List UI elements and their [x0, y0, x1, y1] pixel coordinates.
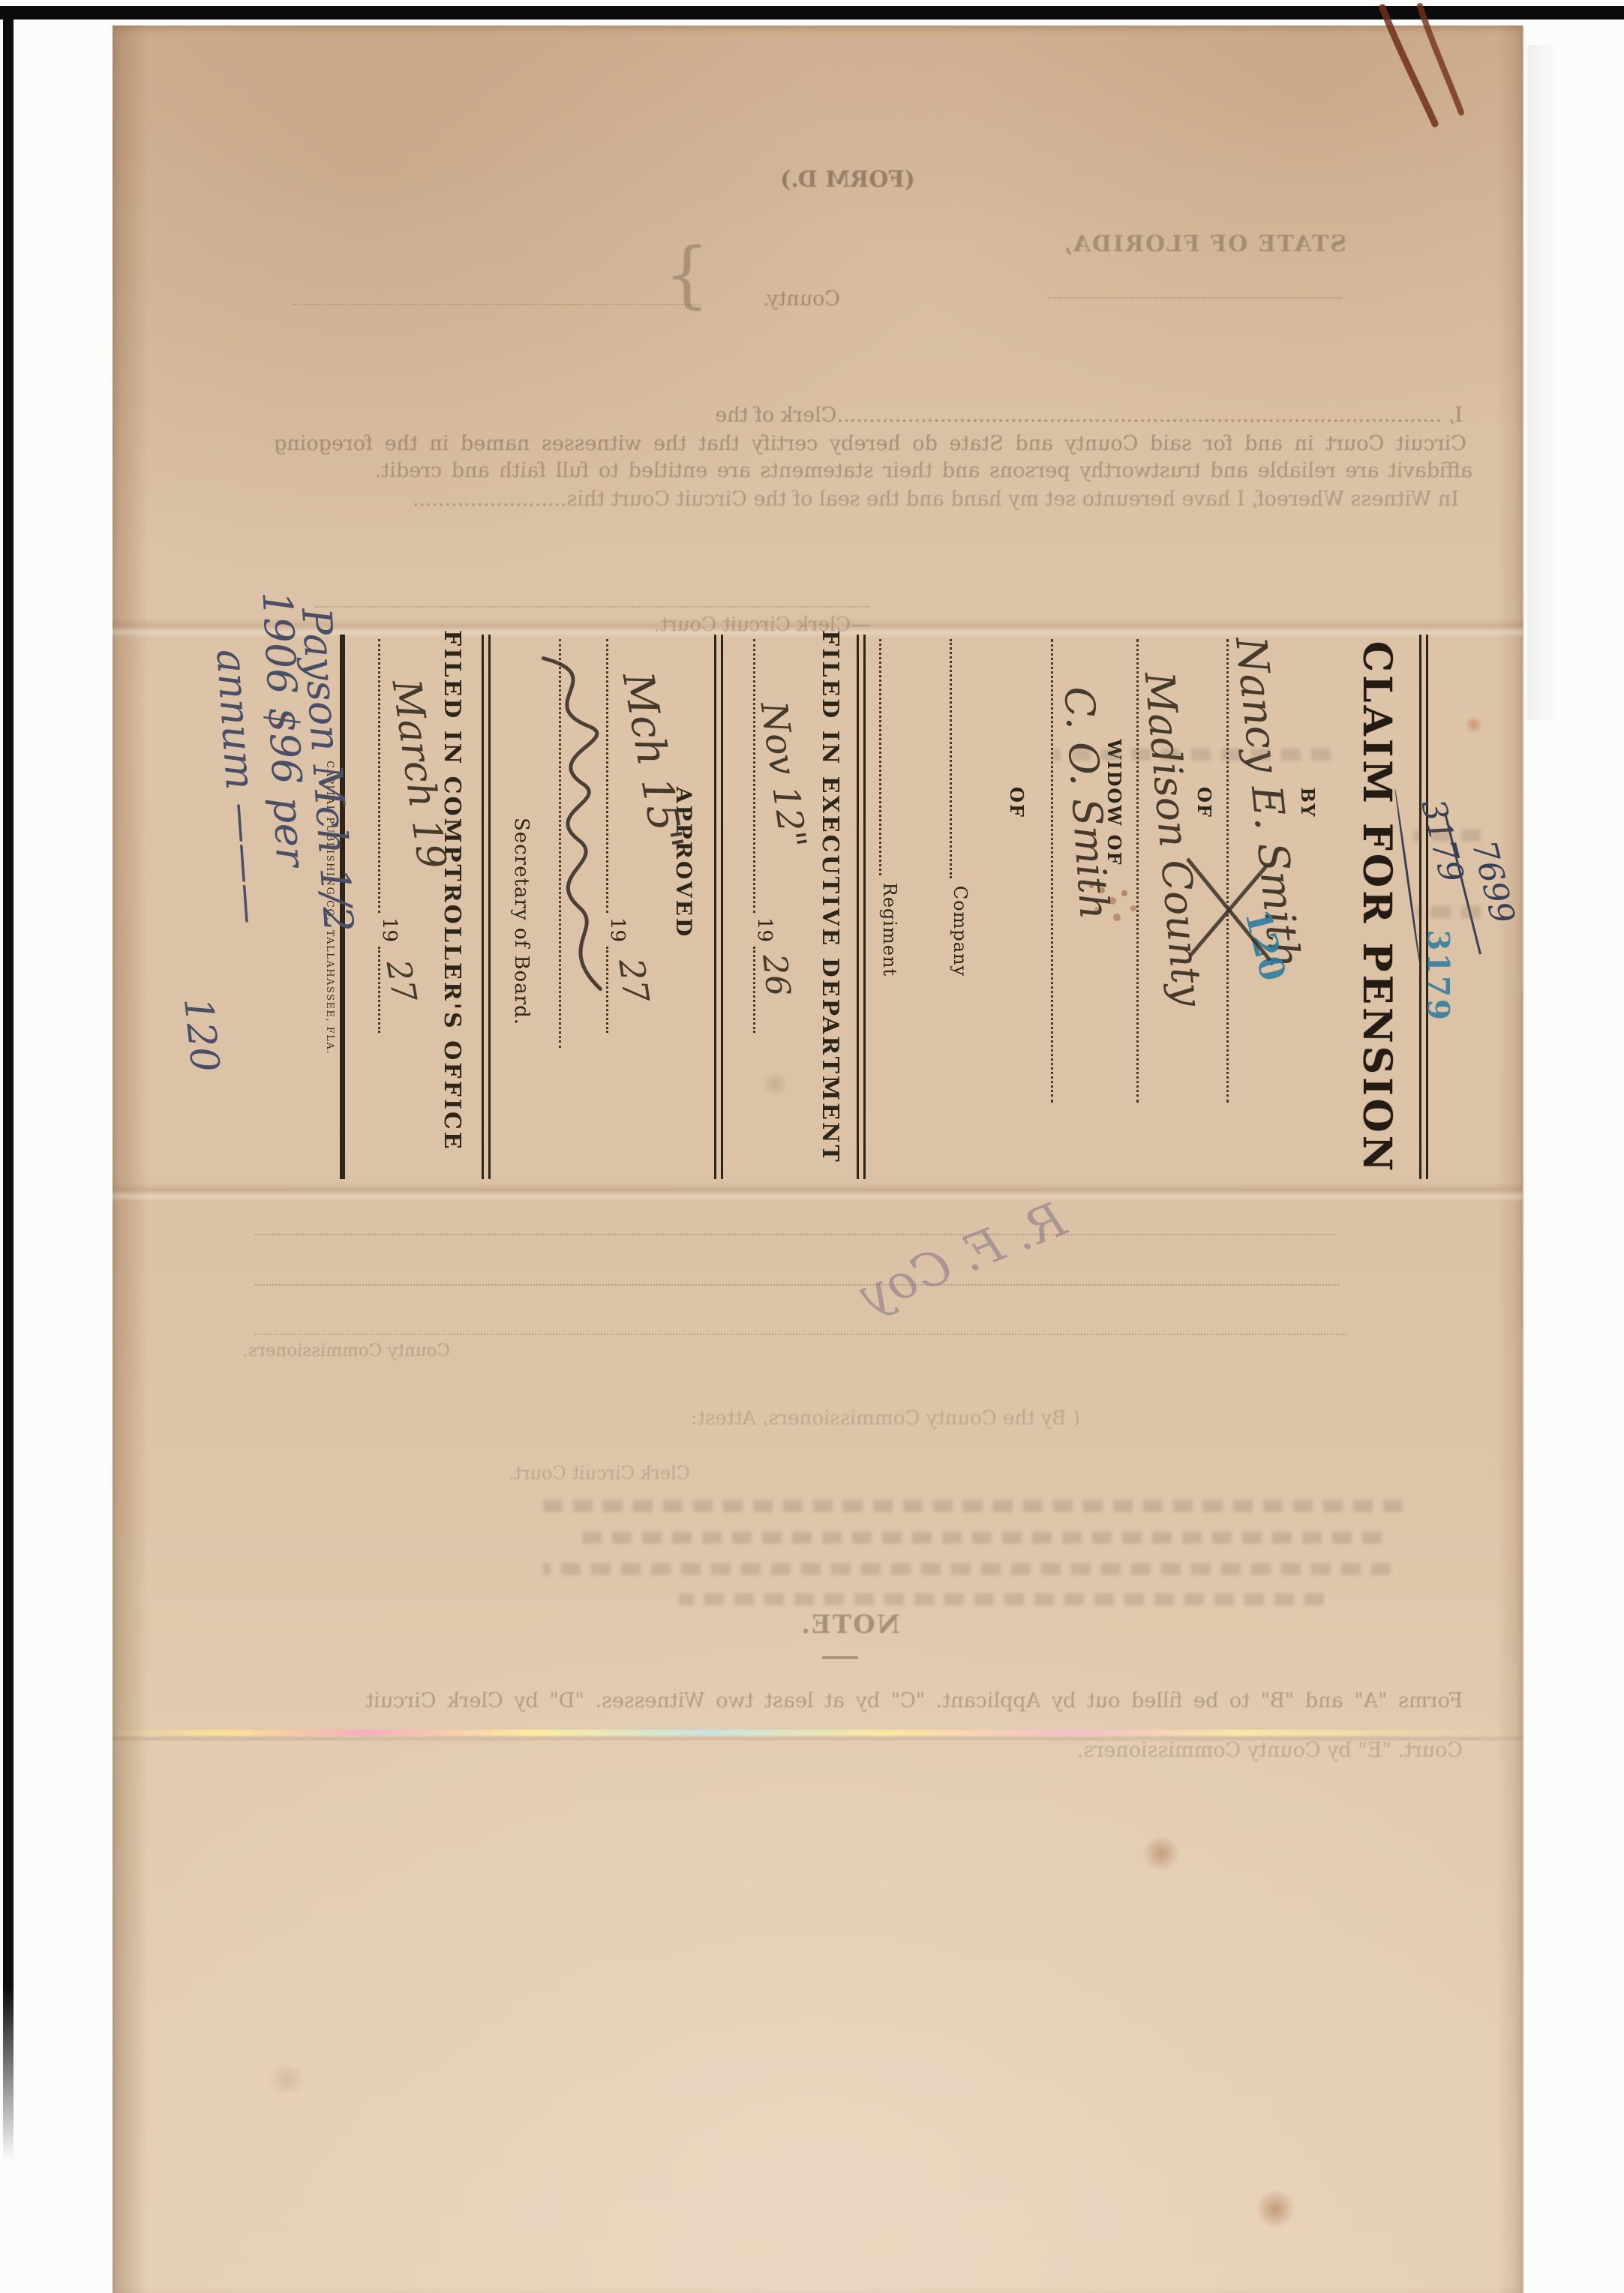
exec-year-prefix: 19 — [753, 913, 776, 947]
bleed-dotted-line-1 — [255, 1234, 1335, 1235]
bleed-cert-line3: affidavit are reliable and trustworthy p… — [242, 459, 1472, 482]
ink-speckle-cluster — [1089, 884, 1094, 888]
comptroller-year-line — [378, 947, 380, 1033]
pen-stroke-marks — [1365, 0, 1485, 143]
ghost-text-bar — [679, 1593, 1324, 1605]
ghost-text-bar — [540, 1500, 1403, 1512]
blue-stamp-3179: 3179 — [1417, 930, 1456, 1016]
comptroller-year-handwriting: 27 — [379, 957, 424, 1005]
veteran-line — [1051, 639, 1053, 1103]
foxing-stain — [1464, 716, 1484, 733]
foxing-stain — [1254, 2190, 1296, 2228]
rule-approved — [714, 635, 723, 1179]
secretary-label: Secretary of Board. — [510, 818, 533, 1025]
exec-heading: FILED IN EXECUTIVE DEPARTMENT — [817, 630, 843, 1095]
regiment-line — [879, 639, 881, 875]
bleed-cert-line4: In Witness Whereof, I have hereunto set … — [293, 488, 1459, 511]
bleed-note-line2: Court. "E" by County Commissioners. — [1073, 1739, 1463, 1762]
pencil-annotation: Payson Mch 1/2 1906 $96 per annum ——— 12… — [180, 578, 345, 1110]
scanner-crease-rainbow — [113, 1730, 1523, 1736]
ghost-text-bar — [543, 1563, 1391, 1575]
foxing-stain — [1142, 1836, 1181, 1871]
approved-heading: APPROVED — [671, 630, 696, 1095]
bleed-signature-line — [315, 606, 870, 608]
regiment-label: Regiment — [879, 875, 900, 977]
bleed-dotted-line-county — [293, 304, 701, 305]
bleed-dotted-line-state — [1049, 297, 1341, 299]
scanner-crease-shadow — [113, 1737, 1523, 1740]
bleed-note-heading: NOTE. — [786, 1610, 914, 1640]
annotation-line4: 120 — [175, 995, 227, 1074]
bleed-state-heading: STATE OF FLORIDA, — [1046, 231, 1346, 257]
paper-right-edge-shadow — [1497, 26, 1524, 2293]
bleed-dotted-line-2 — [255, 1284, 1339, 1286]
bleed-cert-line2: Circuit Court in and for said County and… — [225, 432, 1466, 455]
company-row: Company — [950, 639, 971, 977]
bleed-commissioners-label: County Commissioners. — [270, 1341, 450, 1361]
bleed-cert-line1: I, .....................................… — [240, 404, 1463, 427]
bleed-dotted-line-3 — [255, 1334, 1346, 1335]
ghost-text-bar — [1413, 830, 1481, 842]
company-label: Company — [950, 878, 971, 977]
rule-exec — [857, 635, 866, 1179]
bleed-brace: } — [664, 239, 710, 311]
rule-comptroller — [482, 635, 491, 1179]
foxing-stain — [264, 2064, 309, 2094]
bleed-county-label: County. — [713, 287, 840, 311]
exec-date-line — [753, 639, 755, 913]
foxing-stain — [761, 1073, 791, 1095]
bleed-note-dash — [822, 1656, 858, 1659]
bleed-clerk-circuit-court: Clerk Circuit Court. — [420, 1463, 690, 1484]
ghost-text-bar — [572, 1532, 1382, 1544]
comptroller-date-line — [378, 639, 380, 913]
of-label-2: OF — [1006, 630, 1028, 975]
scanner-margin-streak — [1527, 45, 1560, 720]
docket-panel: CLAIM FOR PENSION BY Nancy E. Smith 120 … — [330, 630, 1433, 1185]
bleed-note-line1: Forms "A" and "B" to be filled out by Ap… — [225, 1689, 1463, 1712]
scanned-document: (FORM D.) STATE OF FLORIDA, } County. I,… — [0, 0, 1624, 2293]
bleed-form-label: (FORM D.) — [754, 167, 941, 193]
company-line — [950, 639, 952, 878]
comptroller-year-prefix: 19 — [378, 913, 401, 947]
scanner-frame-left — [3, 9, 14, 2160]
paper-left-edge-shadow — [113, 26, 149, 2293]
ghost-text-bar — [1416, 906, 1481, 918]
ghost-text-bar — [1053, 749, 1331, 761]
bleed-attest-line: ( By the County Commissioners, Attest: — [225, 1407, 1080, 1430]
exec-year-handwriting: 26 — [755, 952, 797, 998]
regiment-row: Regiment — [879, 639, 900, 977]
